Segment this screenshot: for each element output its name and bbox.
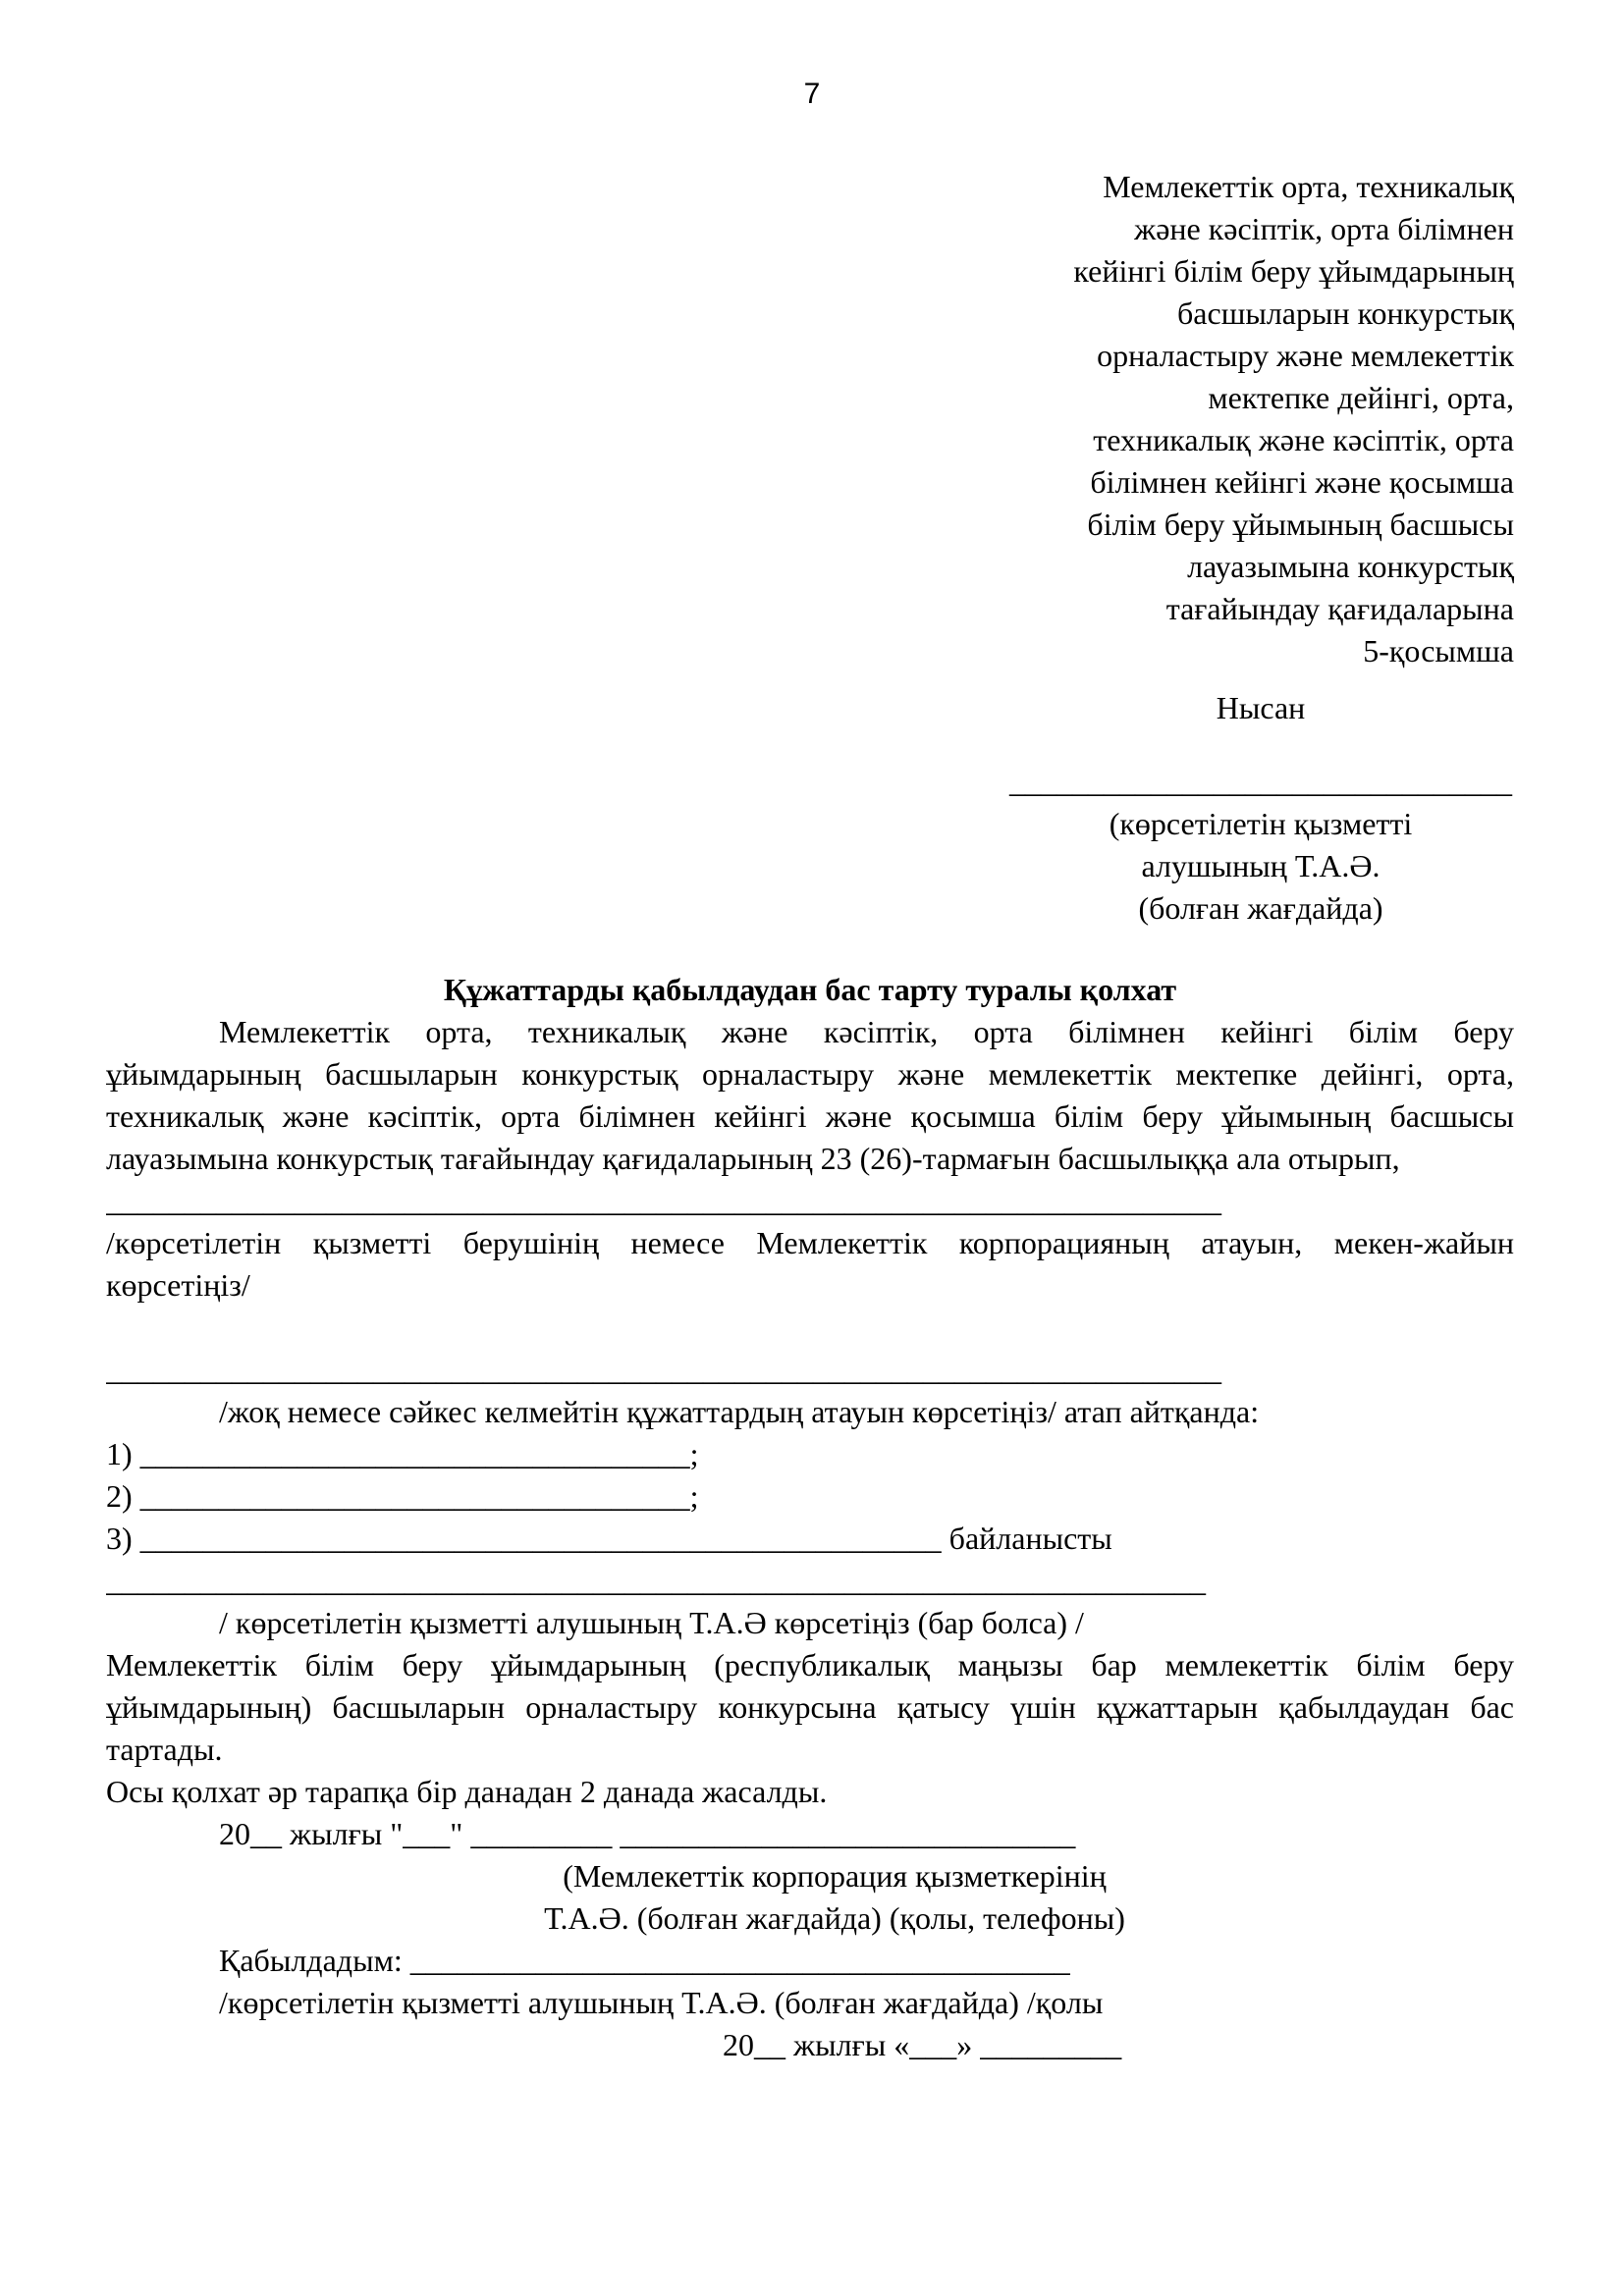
- text-line: (Мемлекеттік корпорация қызметкерінің: [422, 1855, 1247, 1897]
- text-line: алушының Т.А.Ә.: [1007, 845, 1514, 887]
- text-line: ұйымдарының) басшыларын орналастыру конк…: [106, 1686, 1514, 1729]
- text-line: және кәсіптік, орта білімнен: [106, 208, 1514, 250]
- text-line: 5-қосымша: [106, 630, 1514, 672]
- text-line: білім беру ұйымының басшысы: [106, 504, 1514, 546]
- refusal-hint: / көрсетілетін қызметті алушының Т.А.Ә к…: [106, 1602, 1514, 1644]
- refusal-fill-line: ________________________________________…: [106, 1560, 1514, 1602]
- form-label: Нысан: [1007, 687, 1514, 729]
- document-page: 7 Мемлекеттік орта, техникалықжәне кәсіп…: [0, 0, 1624, 2296]
- documents-list: 1) ___________________________________;2…: [106, 1433, 1514, 1560]
- text-line: ұйымдарының басшыларын конкурстық орнала…: [106, 1053, 1514, 1095]
- intro-paragraph: Мемлекеттік орта, техникалық және кәсіпт…: [106, 1011, 1514, 1180]
- corporation-sign-captions: (Мемлекеттік корпорация қызметкерініңТ.А…: [422, 1855, 1247, 1940]
- documents-fill-line: ________________________________________…: [106, 1349, 1514, 1391]
- text-line: Мемлекеттік білім беру ұйымдарының (респ…: [106, 1644, 1514, 1686]
- text-line: (болған жағдайда): [1007, 887, 1514, 930]
- text-line: (көрсетілетін қызметті: [1007, 803, 1514, 845]
- text-line: техникалық және кәсіптік, орта: [106, 419, 1514, 461]
- page-number: 7: [0, 0, 1624, 112]
- received-label-line: Қабылдадым: ____________________________…: [106, 1940, 1514, 1982]
- received-date-line: 20__ жылғы «___» _________: [106, 2024, 1514, 2066]
- text-line: Т.А.Ә. (болған жағдайда) (қолы, телефоны…: [422, 1897, 1247, 1940]
- text-line: тағайындау қағидаларына: [106, 588, 1514, 630]
- doc-title: Құжаттарды қабылдаудан бас тарту туралы …: [106, 969, 1514, 1011]
- text-line: Мемлекеттік орта, техникалық: [106, 166, 1514, 208]
- document-content: Мемлекеттік орта, техникалықжәне кәсіпті…: [106, 166, 1514, 2066]
- text-line: білімнен кейінгі және қосымша: [106, 461, 1514, 504]
- documents-hint: /жоқ немесе сәйкес келмейтін құжаттардың…: [106, 1391, 1514, 1433]
- received-caption: /көрсетілетін қызметті алушының Т.А.Ә. (…: [106, 1982, 1514, 2024]
- text-line: мектепке дейінгі, орта,: [106, 377, 1514, 419]
- provider-fill-captions: /көрсетілетін қызметті берушінің немесе …: [106, 1222, 1514, 1307]
- recipient-signature-line: ________________________________: [1007, 761, 1514, 803]
- text-line: лауазымына конкурстық: [106, 546, 1514, 588]
- refusal-paragraph: Мемлекеттік білім беру ұйымдарының (респ…: [106, 1644, 1514, 1771]
- corporation-date-line: 20__ жылғы "___" _________ _____________…: [106, 1813, 1514, 1855]
- text-line: 1) ___________________________________;: [106, 1433, 1514, 1475]
- text-line: 3) _____________________________________…: [106, 1518, 1514, 1560]
- recipient-signature-captions: (көрсетілетін қызметтіалушының Т.А.Ә.(бо…: [1007, 803, 1514, 930]
- text-line: орналастыру және мемлекеттік: [106, 335, 1514, 377]
- copies-note: Осы қолхат әр тарапқа бір данадан 2 дана…: [106, 1771, 1514, 1813]
- text-line: техникалық және кәсіптік, орта білімнен …: [106, 1095, 1514, 1138]
- text-line: /көрсетілетін қызметті берушінің немесе …: [106, 1222, 1514, 1264]
- text-line: басшыларын конкурстық: [106, 293, 1514, 335]
- text-line: лауазымына конкурстық тағайындау қағидал…: [106, 1138, 1514, 1180]
- text-line: көрсетіңіз/: [106, 1264, 1514, 1307]
- text-line: кейінгі білім беру ұйымдарының: [106, 250, 1514, 293]
- appendix-note: Мемлекеттік орта, техникалықжәне кәсіпті…: [106, 166, 1514, 672]
- text-line: тартады.: [106, 1729, 1514, 1771]
- provider-fill-line: ________________________________________…: [106, 1180, 1514, 1222]
- recipient-signature: ________________________________ (көрсет…: [1007, 761, 1514, 930]
- text-line: 2) ___________________________________;: [106, 1475, 1514, 1518]
- text-line: Мемлекеттік орта, техникалық және кәсіпт…: [106, 1011, 1514, 1053]
